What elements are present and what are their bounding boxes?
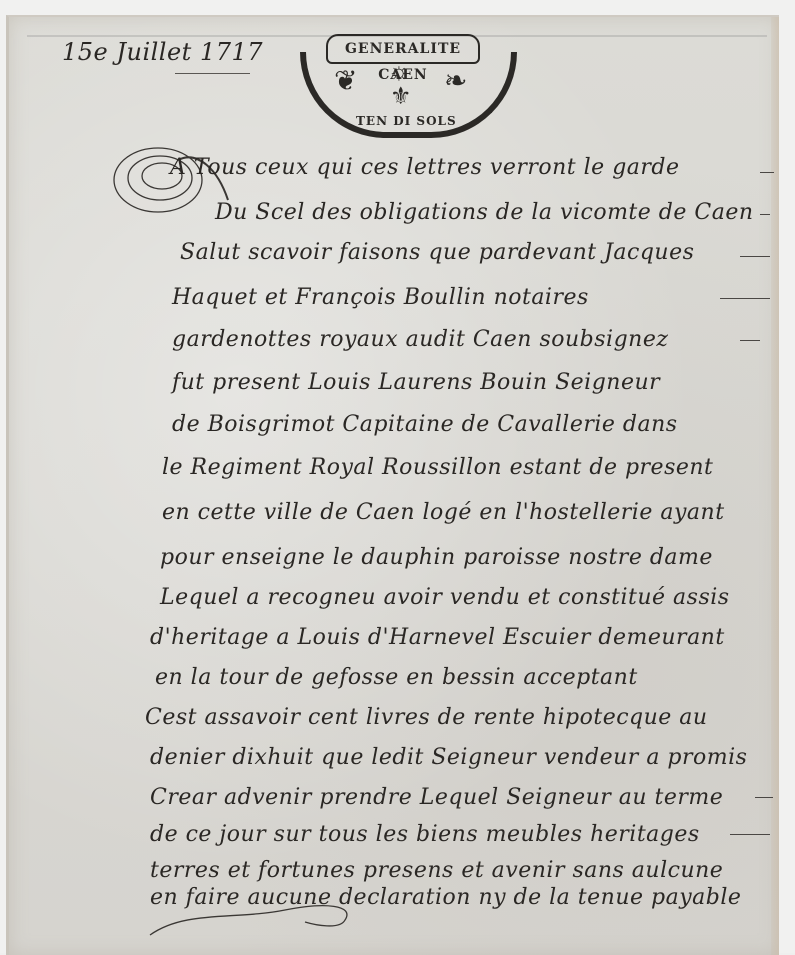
text-line: le Regiment Royal Roussillon estant de p… (162, 455, 713, 480)
text-line: de Boisgrimot Capitaine de Cavallerie da… (172, 412, 678, 437)
line-filler (740, 340, 760, 341)
text-line: en cette ville de Caen logé en l'hostell… (162, 500, 725, 525)
text-line: Haquet et François Boullin notaires (172, 285, 589, 310)
dolphin-ornament-icon: ❧ (444, 68, 467, 96)
line-filler (760, 172, 774, 173)
line-filler (720, 298, 770, 299)
sun-icon: ☼ (388, 60, 410, 84)
paper-edge (771, 17, 779, 953)
line-filler (740, 256, 770, 257)
date-heading: 15e Juillet 1717 (62, 38, 263, 66)
closing-flourish-icon (145, 900, 425, 940)
text-line: terres et fortunes presens et avenir san… (150, 858, 723, 883)
text-line: gardenottes royaux audit Caen soubsignez (172, 327, 668, 352)
stamp-seal: GENERALITE CAEN ❦ ☼ ⚜ ❧ TEN DI SOLS (296, 30, 511, 140)
text-line: denier dixhuit que ledit Seigneur vendeu… (150, 745, 747, 770)
text-line: fut present Louis Laurens Bouin Seigneur (172, 370, 660, 395)
text-line: Salut scavoir faisons que pardevant Jacq… (180, 240, 694, 265)
text-line: en la tour de gefosse en bessin acceptan… (155, 665, 638, 690)
seal-bottom-text: TEN DI SOLS (356, 114, 457, 128)
date-underline (175, 73, 250, 74)
text-line: Du Scel des obligations de la vicomte de… (215, 200, 754, 225)
text-line: Cest assavoir cent livres de rente hipot… (145, 705, 708, 730)
dolphin-ornament-icon: ❦ (334, 68, 357, 96)
line-filler (755, 797, 773, 798)
text-line: Lequel a recogneu avoir vendu et constit… (160, 585, 730, 610)
text-line: de ce jour sur tous les biens meubles he… (150, 822, 700, 847)
line-filler (730, 834, 770, 835)
text-line: pour enseigne le dauphin paroisse nostre… (160, 545, 713, 570)
text-line: d'heritage a Louis d'Harnevel Escuier de… (150, 625, 725, 650)
line-filler (760, 214, 770, 215)
fleur-de-lis-icon: ⚜ (390, 85, 412, 109)
document-viewer: 15e Juillet 1717 GENERALITE CAEN ❦ ☼ ⚜ ❧… (0, 0, 795, 953)
text-line: A Tous ceux qui ces lettres verront le g… (170, 155, 680, 180)
text-line: Crear advenir prendre Lequel Seigneur au… (150, 785, 723, 810)
